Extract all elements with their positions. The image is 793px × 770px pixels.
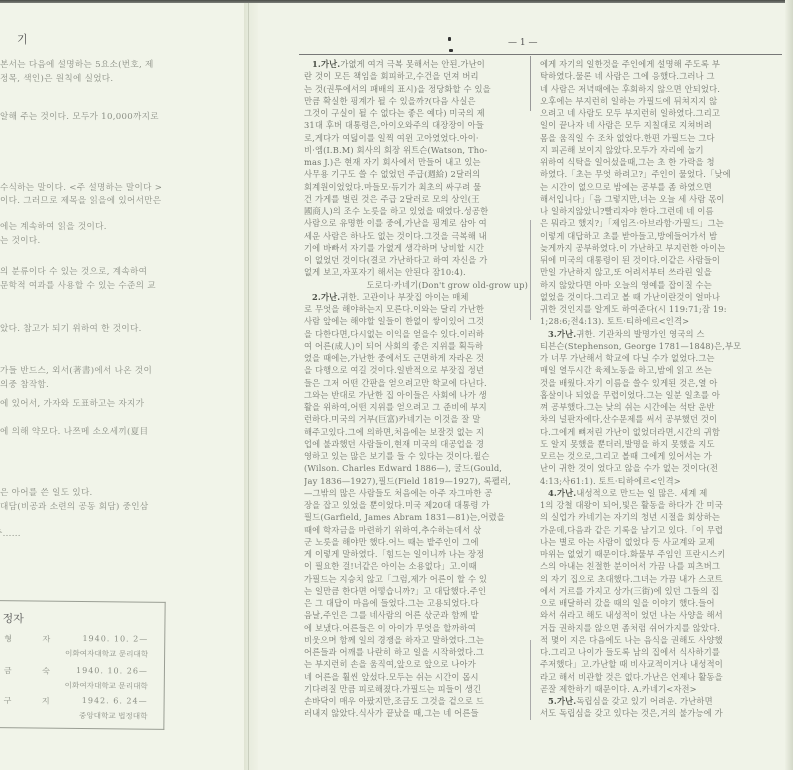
text-line: 비웃으며 함께 일의 경쟁을 하자고 말하였다.그는 xyxy=(304,634,530,646)
text-line: 티븐슨(Stephenson, George 1781—1848)은,부모 xyxy=(540,340,776,352)
text-line: 회계원이었었다.마들모·듀기가 최초의 싸구려 물 xyxy=(304,181,530,193)
text-line: 뒤에 미국의 대통령이 된 것이다.이같은 사람들이 xyxy=(540,254,776,266)
text-line: 다.그에게 뼈저린 가난이 없었더라면,시간의 귀함 xyxy=(540,426,776,438)
text-line: 가운데,다음과 같은 기록을 남기고 있다.「이 무렵 xyxy=(540,524,776,536)
text-line: 것을 배웠다.자기 이름을 쓸수 있게된 것은,열 아 xyxy=(540,377,776,389)
text-line: 기에 바빠서 자기를 가엾게 생각하며 낭비할 시간 xyxy=(304,242,530,254)
text-line: 라고 해서 비관할 것은 없다.가난은 언제나 활동을 xyxy=(540,671,776,683)
page-number: — 1 — xyxy=(508,38,537,48)
profile-title: 정자 xyxy=(2,610,23,626)
text-line: 와서 쉬라고 해도 내성적이 었던 나는 사양을 해서 xyxy=(540,609,776,621)
text-line: 2.가난.귀한. 고관이나 부잣집 아이는 매체 xyxy=(304,291,530,303)
text-line: 에서 거르를 가지고 상가(三街)에 있던 그들의 집 xyxy=(540,585,776,597)
text-line: 비·엠(I.B.M) 회사의 회장 위트슨(Watson, Tho- xyxy=(304,144,530,156)
text-line: 늦게까지 공부하였다.이 가난하고 부지런한 아이는 xyxy=(540,242,776,254)
text-line: 는 일만큼 한다면 어떻습니까?」고 대답했다.주인 xyxy=(304,585,530,597)
text-line: 중...... xyxy=(0,527,21,539)
gutter-line xyxy=(248,3,249,770)
text-line: 업에 불과했던 사람들이,현재 미국의 대공업을 경 xyxy=(304,438,530,450)
text-line: 의 자기 집으로 초대했다.그녀는 가끔 내가 스코트 xyxy=(540,573,776,585)
text-line: 의 분류이다 수 있는 것으로, 계속하여 xyxy=(0,265,147,277)
text-line: 1의 강철 대왕이 되어,빛은 활동을 하다가 간 미국 xyxy=(540,499,776,511)
text-line: 만일 가난하지 않고,또 어려서부터 쓰라린 일을 xyxy=(540,266,776,278)
text-line: 정목, 색인)은 원칙에 실었다. xyxy=(0,72,113,84)
text-line: 는 시간이 없으므로 밤에는 공부를 좀 하였으면 xyxy=(540,181,776,193)
text-line: 어른들과 어깨를 나란히 하고 일을 시작하였다.그 xyxy=(304,646,530,658)
text-line: 해서입니다」「음 그렇지만,너는 오늘 세 사람 몫이 xyxy=(540,193,776,205)
column-divider xyxy=(530,56,531,111)
text-line: 는 것(권투에서의 패배의 표시)을 정당화할 수 있을 xyxy=(304,83,530,95)
text-line: 에 있어서, 가자와 도표하고는 자지가 xyxy=(0,397,144,409)
text-line: 로 무엇을 해야하는지 모른다.이와는 달리 가난한 xyxy=(304,303,530,315)
text-line: 으로 배달하러 갔을 때의 일을 이야기 했다.들어 xyxy=(540,597,776,609)
entry-heading: 1.가난. xyxy=(312,59,340,69)
text-line: 그와는 반대로 가난한 집 아이들은 사회에 나가 생 xyxy=(304,389,530,401)
text-line: 네 어른을 훨씬 앞섰다.모두는 쉬는 시간이 몹시 xyxy=(304,671,530,683)
text-line: 이 없었던 것이다(결코 가난하다고 하여 자신을 가 xyxy=(304,254,530,266)
text-line: 러내지 않았다.식사가 끝났을 때,그는 네 어른들 xyxy=(304,707,530,719)
text-line: 다.그리고 나이가 들도록 남의 집에서 식사하기를 xyxy=(540,646,776,658)
text-column-1: 1.가난.가엾게 여겨 극복 못해서는 안된.가난이란 것이 모든 책임을 회피… xyxy=(304,58,530,720)
text-line: 수식하는 말이다. <주 설명하는 말이다 > xyxy=(0,181,162,193)
text-line: 의중 참작함. xyxy=(0,378,49,390)
text-line: 가들 반드스, 외서(著書)에서 나온 것이 xyxy=(0,364,152,376)
text-line: 차의 널판자에다,산수문제를 써서 공부했던 것이 xyxy=(540,413,776,425)
text-line: 의 실업가 카네기는 자기의 청년 시절을 회상하는 xyxy=(540,511,776,523)
text-line: 4.가난.내성적으로 만드는 일 많은. 세계 제 xyxy=(540,487,776,499)
text-line: 았다. 참고가 되기 위하여 한 것이다. xyxy=(0,322,142,334)
text-line: 에는 계속하여 읽을 것이다. xyxy=(0,220,107,232)
text-line: 네 사람은 저녁때에는 후회하지 않으면 안되었다. xyxy=(540,83,776,95)
text-line: mas J.)은 현재 자기 회사에서 만들어 내고 있는 xyxy=(304,156,530,168)
column-divider xyxy=(530,220,531,320)
text-line: 대담(비공과 소련의 공동 회담) 중인삼 xyxy=(0,500,148,512)
text-line: 없게 보고,자포자기 해서는 안된다 잠10:4). xyxy=(304,266,530,278)
text-line: 3.가난.귀한. 기관차의 발명가인 영국의 스 xyxy=(540,328,776,340)
left-page-heading: 기 xyxy=(17,31,28,47)
text-line: 손바닥이 매우 아팠지만,조금도 그것을 겉으로 드 xyxy=(304,695,530,707)
text-line: 에게 자기의 일한것을 주인에게 설명해 주도록 부 xyxy=(540,58,776,70)
page-edge xyxy=(785,0,793,770)
text-line: 없었을 것이다.그리고 볼 때 가난이란것이 얼마나 xyxy=(540,291,776,303)
text-line: 였을 때에는,가난한 중에서도 근면하게 자라온 것 xyxy=(304,352,530,364)
text-line: 國商人)의 조수 노릇을 하고 있었을 때였다.성공한 xyxy=(304,205,530,217)
text-line: 적 몇이 지은 다음에도 나는 음식을 권해도 사양했 xyxy=(540,634,776,646)
text-line: 건 가게를 벌린 것은 주급 2달러로 모의 상인(王 xyxy=(304,193,530,205)
text-line: 나 일하지않았니?빨리자야 한다.그런데 네 이름 xyxy=(540,205,776,217)
text-line: 영하고 있는 많은 보기를 들 수 있다는 것이다.윌슨 xyxy=(304,450,530,462)
text-line: 나는 별로 아는 사람이 없었다 등 사교계와 교제 xyxy=(540,536,776,548)
text-line: 4:13;사61:1). 토트·티하에르<인격> xyxy=(540,475,776,487)
text-line: 1;28:6;전4:13). 토트·티하에르<인격> xyxy=(540,315,776,327)
text-line: 은 아어를 쓴 일도 있다. xyxy=(0,486,93,498)
text-line: 게 이렇게 말하였다.「힘드는 일이니까 나는 장정 xyxy=(304,548,530,560)
column-divider xyxy=(530,640,531,720)
text-line: 가필드는 지승치 않고「그럼,제가 어른이 할 수 있 xyxy=(304,573,530,585)
text-line: 군 노릇을 해야만 했다.어느 때는 밭주인이 그에 xyxy=(304,536,530,548)
text-line: 매일 열두시간 육체노동을 하고,밤에 읽고 쓰는 xyxy=(540,364,776,376)
text-line: 란 것이 모든 책임을 회피하고,수건을 던져 버리 xyxy=(304,70,530,82)
text-line: 1.가난.가엾게 여겨 극복 못해서는 안된.가난이 xyxy=(304,58,530,70)
text-line: 하지 않았다면 아마 오늘의 영예를 잡이질 수는 xyxy=(540,279,776,291)
book-gutter xyxy=(244,3,258,770)
ink-mark xyxy=(449,49,453,52)
text-line: 런하다.미국의 거부(巨富)카네기는 이것을 잘 말 xyxy=(304,413,530,425)
text-line: 일이 끝나자 네 사람은 모두 지칠대로 지쳐버려 xyxy=(540,119,776,131)
text-line: 알해 주는 것이다. 모두가 10,000까지로 xyxy=(0,110,159,122)
ink-mark xyxy=(448,37,451,41)
text-line: 은 그 대답이 마음에 들었다.그는 고용되었다.다 xyxy=(304,597,530,609)
profile-row: 구 지 1942. 6. 24— 중앙대학교 법정대학 xyxy=(0,695,148,697)
text-line: 기다려질 만큼 피로해졌다.가필드는 피들이 생긴 xyxy=(304,683,530,695)
text-line: 음날,주인은 그를 네사람의 어른 삯군과 함께 밭 xyxy=(304,609,530,621)
text-line: 탁하였다.물론 네 사람은 그에 응했다.그러나 그 xyxy=(540,70,776,82)
text-line: 오후에는 부지런히 일하는 가필드에 뒤쳐지지 않 xyxy=(540,95,776,107)
text-line: Jay 1836—1927),필드(Field 1819—1927), 록펠러, xyxy=(304,475,530,487)
text-line: 사람으로 유명한 이를 중에,가난을 핑계로 삼아 여 xyxy=(304,217,530,229)
text-line: 이렇게 대답하고 초를 받아들고,방에들어가서 밤 xyxy=(540,230,776,242)
text-line: 들은 그저 어떤 간판을 얻으려고만 학교에 다닌다. xyxy=(304,377,530,389)
text-line: 도로디·카네기(Don't grow old-grow up) xyxy=(304,279,530,291)
text-line: 사무용 기구도 쓸 수 없었던 주급(週給) 2달러의 xyxy=(304,168,530,180)
text-line: 여 어른(成人)이 되어 사회의 좋은 지위를 획득하 xyxy=(304,340,530,352)
text-line: 때에 학자금을 마련하기 위하여,추수하는데서 삯 xyxy=(304,524,530,536)
header-rule xyxy=(299,54,782,55)
text-line: 31대 후버 대통령은,아이오와주의 대장장이 아들 xyxy=(304,119,530,131)
profile-row: 금 숙 1940. 10. 26— 이화여자대학교 문리대학 xyxy=(0,665,148,667)
text-line: 몸을 움직일 수 조차 없었다.한편 가필드는 그다 xyxy=(540,132,776,144)
text-line: 사람 앞에는 해야할 일들이 한없이 쌓이있어 그것 xyxy=(304,315,530,327)
entry-heading: 5.가난. xyxy=(548,696,576,706)
text-line: 5.가난.독립심을 갖고 있기 어려운. 가난하면 xyxy=(540,695,776,707)
text-line: —그밖의 많은 사람들도 처음에는 아주 자그마한 공 xyxy=(304,487,530,499)
text-line: 필드(Garfield, James Abram 1831—81)는,어렸을 xyxy=(304,511,530,523)
text-line: 세운 사람은 하나도 없는 것이다.그것을 극복해 내 xyxy=(304,230,530,242)
text-line: 위하여 식탁을 일어섰을때,그는 초 한 가락을 청 xyxy=(540,156,776,168)
text-line: 은 뭐라고 했지?」「제임즈·아브라함·가필드」그는 xyxy=(540,217,776,229)
text-line: 만큼 확실한 핑계가 될 수 있을까?(다음 사실은 xyxy=(304,95,530,107)
text-line: 곧잘 제한하기 때문이다. A.카네기<자전> xyxy=(540,683,776,695)
text-line: 껴 공부했다.그는 낮의 쉬는 시간에는 석탄 운반 xyxy=(540,401,776,413)
entry-heading: 4.가난. xyxy=(548,488,576,498)
text-column-2: 에게 자기의 일한것을 주인에게 설명해 주도록 부탁하였다.물론 네 사람은 … xyxy=(540,58,776,720)
text-line: 는 부지런히 손을 움직여,앞으로 앞으로 나아가 xyxy=(304,658,530,670)
text-line: 홉살이나 되었을 무렵이었다.그는 일분 일초를 아 xyxy=(540,389,776,401)
entry-heading: 3.가난. xyxy=(548,329,576,339)
text-line: 는 것이다. xyxy=(0,234,40,246)
text-line: 해주고있다.그에 의하면,처음에는 보잘것 없는 지 xyxy=(304,426,530,438)
text-line: 지 피곤해 보이지 않았다.모두가 자리에 눕기 xyxy=(540,144,776,156)
text-line: 도 알지 못했을 뿐더러,발명을 하지 못했을 지도 xyxy=(540,438,776,450)
text-line: 하였다.「초는 무엇 하려고?」주인이 물었다.「낮에 xyxy=(540,168,776,180)
text-line: 으려고 네 사람도 모두 부지런히 일하였다.그리고 xyxy=(540,107,776,119)
text-line: 문학적 여과를 사용할 수 있는 수준의 교 xyxy=(0,279,156,291)
text-line: 장을 잡고 있었을 뿐이었다.미국 제20대 대통령 가 xyxy=(304,499,530,511)
text-line: 가 너무 가난해서 학교에 다닐 수가 없었다.그는 xyxy=(540,352,776,364)
text-line: 그것이 구실이 될 수 없다는 좋은 예다) 미국의 제 xyxy=(304,107,530,119)
text-line: 을 다행으로 여길 것이다.일반적으로 부잣집 정년 xyxy=(304,364,530,376)
author-profile-box: 정자 형 자 1940. 10. 2— 이화여자대학교 문리대학 금 숙 194… xyxy=(0,600,166,730)
text-line: 본서는 다음에 설명하는 5요소(번호, 제 xyxy=(0,58,154,70)
text-line: 주저했다」고.가난할 때 비사교적이거나 내성적이 xyxy=(540,658,776,670)
text-line: 로,게다가 여덟이를 일찍 여윈 고아였었다.아이· xyxy=(304,132,530,144)
text-line: 이다. 그러므로 제목을 읽을에 있어서만은 xyxy=(0,194,161,206)
text-line: 귀한 것인지를 알게도 하여준다(시 119:71;잠 19: xyxy=(540,303,776,315)
text-line: 서도 독립심을 갖고 있다는 것은,거의 불가능에 가 xyxy=(540,707,776,719)
text-line: 에 보냈다.어른들은 이 아이가 무엇을 할까하여 xyxy=(304,622,530,634)
text-line: 난이 귀한 것이 었다고 않을 수가 없는 것이다(전 xyxy=(540,462,776,474)
text-line: 모르는 것으로,그리고 볼때 그에게 있어서는 가 xyxy=(540,450,776,462)
text-line: 에 의해 약모다. 나쯔메 소오세끼(夏目 xyxy=(0,425,148,437)
text-line: 을 다한다면,다시없는 이익을 얻을수 있다.이러하 xyxy=(304,328,530,340)
text-line: 마위는 없었기 때문이다.화물부 주임인 프란시스키 xyxy=(540,548,776,560)
text-line: 거듭 권하지를 않으면 좀처럼 쉬어가지를 않았다. xyxy=(540,622,776,634)
text-line: (Wilson. Charles Edward 1886—), 굴드(Gould… xyxy=(304,462,530,474)
text-line: 스의 아내는 친절한 분이어서 가끔 나를 피츠버그 xyxy=(540,560,776,572)
entry-heading: 2.가난. xyxy=(312,292,340,302)
profile-row: 형 자 1940. 10. 2— 이화여자대학교 문리대학 xyxy=(0,633,148,635)
text-line: 활을 위하여,어떤 지위를 얻으려고 그 준비에 부지 xyxy=(304,401,530,413)
text-line: 이 필요한 걸!너같은 아이는 소용없다」고.이때 xyxy=(304,560,530,572)
